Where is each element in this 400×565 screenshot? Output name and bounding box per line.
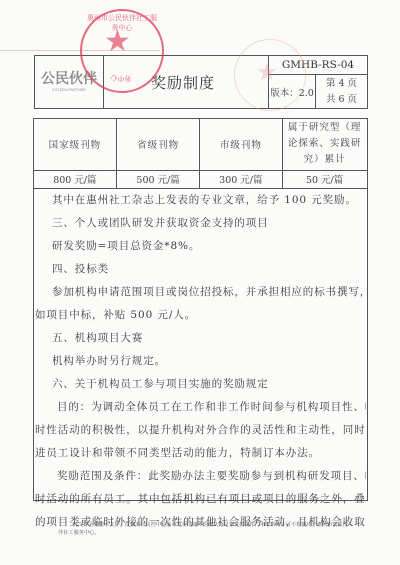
document-header: 公民伙伴 CITIZEN-PARTNER 奖励制度 GMHB-RS-04 版本：…	[34, 55, 368, 109]
table-cell: 300 元/篇	[199, 170, 282, 188]
paragraph-line: 参加机构申请范围项目或岗位招投标，并承担相应的标书撰写，	[34, 281, 366, 304]
logo-subtext: CITIZEN-PARTNER	[52, 88, 86, 92]
paragraph-line: 如项目中标，补贴 500 元/人。	[34, 304, 366, 327]
paragraph-line: 时性活动的积极性，以提升机构对外合作的灵活性和主动性，同时促	[34, 419, 366, 442]
table-cell: 500 元/篇	[117, 170, 200, 188]
table-row: 800 元/篇 500 元/篇 300 元/篇 50 元/篇	[33, 170, 367, 188]
table-cell: 800 元/篇	[33, 170, 117, 188]
document-code: GMHB-RS-04	[269, 56, 367, 75]
table-header-row: 国家级刊物 省级刊物 市级刊物 属于研究型（理论探索、实践研究）累计	[33, 118, 367, 170]
document-title: 奖励制度	[104, 56, 269, 108]
paragraph-line: 其中在惠州社工杂志上发表的专业文章，给予 100 元奖励。	[34, 189, 366, 212]
page-info: 第 4 页 共 6 页	[316, 75, 367, 108]
paragraph-line: 研发奖励=项目总资金*8%。	[34, 235, 366, 258]
seal-text: 惠州市公民伙伴社工服务中心	[84, 13, 160, 33]
paragraph-line: 进员工设计和带领不同类型活动的能力，特制订本办法。	[34, 442, 366, 465]
page-current: 第 4 页	[326, 76, 357, 92]
page-total: 共 6 页	[326, 92, 357, 108]
footer-text: 此文件为受控本文件，任何未经文控中心盖章发行的副本均被认为是非受控文件，未经书面…	[58, 521, 348, 537]
publication-reward-table: 国家级刊物 省级刊物 市级刊物 属于研究型（理论探索、实践研究）累计 800 元…	[33, 118, 368, 189]
logo: 公民伙伴	[41, 72, 97, 87]
table-cell: 50 元/篇	[282, 170, 367, 188]
paragraph-line: 目的：为调动全体员工在工作和非工作时间参与机构项目性、临	[34, 396, 366, 419]
paragraph-line: 奖励范围及条件：此奖励办法主要奖励参与到机构研发项目、临	[34, 465, 366, 488]
document-page: 公民伙伴 CITIZEN-PARTNER 奖励制度 GMHB-RS-04 版本：…	[0, 0, 400, 565]
table-header-cell: 省级刊物	[117, 118, 200, 170]
content-frame: 国家级刊物 省级刊物 市级刊物 属于研究型（理论探索、实践研究）累计 800 元…	[33, 118, 368, 501]
section-heading: 四、投标类	[34, 258, 366, 281]
paragraph-line: 机构举办时另行规定。	[34, 350, 366, 373]
document-version: 版本：2.0	[269, 75, 316, 108]
table-header-cell: 国家级刊物	[33, 118, 117, 170]
body-text: 其中在惠州社工杂志上发表的专业文章，给予 100 元奖励。 三、个人或团队研发并…	[34, 189, 366, 534]
paragraph-line: 时活动的所有员工。其中包括机构已有项目或项目的服务之外，叠加	[34, 488, 366, 511]
table-header-cell: 市级刊物	[199, 118, 282, 170]
section-heading: 六、关于机构员工参与项目实施的奖励规定	[34, 373, 366, 396]
document-meta: GMHB-RS-04 版本：2.0 第 4 页 共 6 页	[269, 56, 367, 108]
footer-notice: 此文件为受控本文件，任何未经文控中心盖章发行的副本均被认为是非受控文件，未经书面…	[58, 521, 348, 537]
section-heading: 三、个人或团队研发并获取资金支持的项目	[34, 212, 366, 235]
top-rule	[0, 50, 160, 51]
research-header-text: 属于研究型（理论探索、实践研究）累计	[283, 120, 367, 168]
star-icon: ★	[104, 27, 131, 57]
section-heading: 五、机构项目大赛	[34, 327, 366, 350]
logo-cell: 公民伙伴 CITIZEN-PARTNER	[35, 56, 104, 108]
table-header-cell: 属于研究型（理论探索、实践研究）累计	[282, 118, 367, 170]
